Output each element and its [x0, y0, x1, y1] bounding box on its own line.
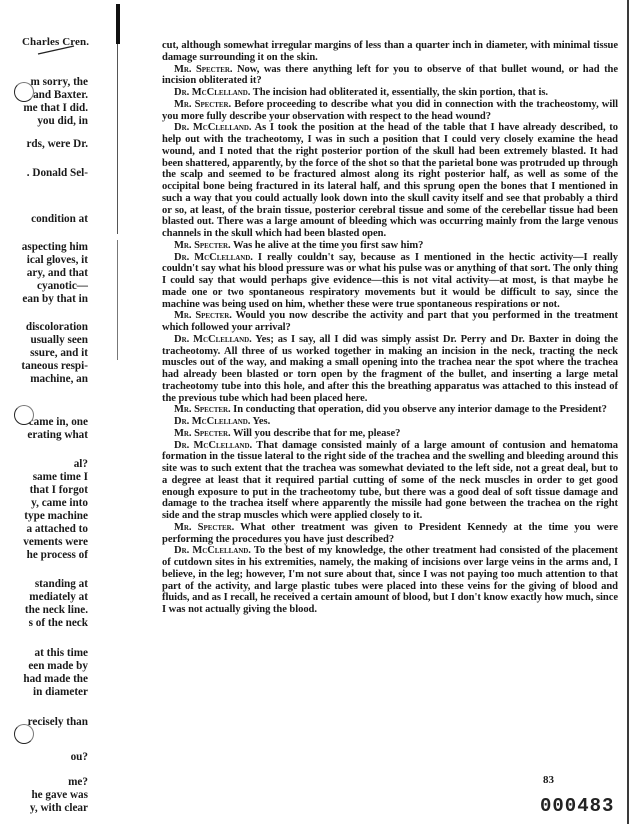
- testimony-paragraph: Dr. McClelland. The incision had obliter…: [162, 87, 618, 99]
- left-page-line: and Baxter.: [33, 89, 88, 101]
- testimony-body: cut, although somewhat irregular margins…: [162, 40, 618, 616]
- left-page-line: y, came into: [31, 497, 88, 509]
- testimony-paragraph: Mr. Specter. Will you describe that for …: [162, 428, 618, 440]
- left-page-line: m sorry, the: [31, 76, 88, 88]
- testimony-paragraph: Dr. McClelland. That damage consisted ma…: [162, 440, 618, 522]
- page-gutter-rule: [117, 44, 118, 234]
- left-page-line: usually seen: [30, 334, 88, 346]
- speaker-name: Dr. McClelland.: [174, 122, 251, 133]
- speaker-name: Mr. Specter.: [174, 428, 231, 439]
- left-page-line: ary, and that: [27, 267, 88, 279]
- left-page-line: y, with clear: [30, 802, 88, 814]
- testimony-paragraph: Dr. McClelland. Yes; as I say, all I did…: [162, 334, 618, 405]
- page-number: 83: [543, 774, 554, 786]
- testimony-paragraph: Dr. McClelland. Yes.: [162, 416, 618, 428]
- paragraph-text: Was he alive at the time you first saw h…: [231, 240, 424, 251]
- testimony-paragraph: Mr. Specter. Would you now describe the …: [162, 310, 618, 334]
- pen-scribble-mark: [36, 44, 76, 56]
- testimony-paragraph: cut, although somewhat irregular margins…: [162, 40, 618, 64]
- testimony-paragraph: Mr. Specter. Before proceeding to descri…: [162, 99, 618, 123]
- left-page-line: cyanotic—: [37, 280, 88, 292]
- testimony-paragraph: Dr. McClelland. I really couldn't say, b…: [162, 252, 618, 311]
- left-page-line: al?: [74, 458, 88, 470]
- left-page-line: discoloration: [26, 321, 88, 333]
- speaker-name: Mr. Specter.: [174, 99, 231, 110]
- left-page-line: ssure, and it: [30, 347, 88, 359]
- left-page-line: the neck line.: [25, 604, 88, 616]
- speaker-name: Mr. Specter.: [174, 522, 234, 533]
- paragraph-text: That damage consisted mainly of a large …: [162, 440, 618, 522]
- speaker-name: Dr. McClelland.: [174, 87, 250, 98]
- left-page-line: same time I: [33, 471, 88, 483]
- binding-edge-mark: [116, 4, 120, 44]
- left-page-line: aspecting him: [22, 241, 88, 253]
- left-page-line: at this time: [35, 647, 88, 659]
- left-page-line: machine, an: [30, 373, 88, 385]
- paragraph-text: Yes.: [250, 416, 270, 427]
- binder-hole-icon: [14, 724, 34, 744]
- left-page-line: came in, one: [29, 416, 88, 428]
- left-page-line: erating what: [27, 429, 88, 441]
- left-page-line: you did, in: [37, 115, 88, 127]
- left-page-line: had made the: [23, 673, 88, 685]
- left-page-line: recisely than: [28, 716, 88, 728]
- paragraph-text: Before proceeding to describe what you d…: [162, 99, 618, 122]
- speaker-name: Mr. Specter.: [174, 404, 231, 415]
- page-gutter-rule: [117, 240, 118, 360]
- left-page-line: ical gloves, it: [27, 254, 88, 266]
- speaker-name: Dr. McClelland.: [174, 252, 253, 263]
- left-page-line: vements were: [23, 536, 88, 548]
- left-page-line: mediately at: [29, 591, 88, 603]
- testimony-paragraph: Mr. Specter. In conducting that operatio…: [162, 404, 618, 416]
- paragraph-text: The incision had obliterated it, essenti…: [250, 87, 548, 98]
- testimony-paragraph: Dr. McClelland. To the best of my knowle…: [162, 545, 618, 616]
- left-page-line: ean by that in: [22, 293, 88, 305]
- speaker-name: Dr. McClelland.: [174, 334, 252, 345]
- testimony-paragraph: Mr. Specter. Now, was there anything lef…: [162, 64, 618, 88]
- binder-hole-icon: [14, 405, 34, 425]
- speaker-name: Mr. Specter.: [174, 310, 232, 321]
- speaker-name: Dr. McClelland.: [174, 416, 250, 427]
- page-right-edge: [627, 0, 629, 824]
- binder-hole-icon: [14, 82, 34, 102]
- left-page-line: me?: [68, 776, 88, 788]
- left-page-line: a attached to: [26, 523, 88, 535]
- left-page-line: me that I did.: [23, 102, 88, 114]
- left-page-line: condition at: [31, 213, 88, 225]
- speaker-name: Mr. Specter.: [174, 64, 232, 75]
- left-page-line: type machine: [24, 510, 88, 522]
- left-page-line: . Donald Sel-: [27, 167, 88, 179]
- left-page-line: in diameter: [33, 686, 88, 698]
- left-page-line: een made by: [28, 660, 88, 672]
- left-page-line: standing at: [35, 578, 88, 590]
- left-page-line: ou?: [71, 751, 88, 763]
- left-page-line: taneous respi-: [21, 360, 88, 372]
- left-page-line: s of the neck: [29, 617, 88, 629]
- testimony-paragraph: Dr. McClelland. As I took the position a…: [162, 122, 618, 240]
- testimony-paragraph: Mr. Specter. What other treatment was gi…: [162, 522, 618, 546]
- testimony-paragraph: Mr. Specter. Was he alive at the time yo…: [162, 240, 618, 252]
- paragraph-text: As I took the position at the head of th…: [162, 122, 618, 239]
- document-stamp-number: 000483: [540, 795, 614, 817]
- left-page-line: rds, were Dr.: [26, 138, 88, 150]
- speaker-name: Dr. McClelland.: [174, 440, 252, 451]
- paragraph-text: In conducting that operation, did you ob…: [231, 404, 607, 415]
- left-page-line: he process of: [27, 549, 88, 561]
- paragraph-text: cut, although somewhat irregular margins…: [162, 40, 618, 63]
- paragraph-text: Will you describe that for me, please?: [231, 428, 401, 439]
- speaker-name: Dr. McClelland.: [174, 545, 251, 556]
- speaker-name: Mr. Specter.: [174, 240, 231, 251]
- left-page-line: he gave was: [31, 789, 88, 801]
- adjacent-page-fragment: Charles Cren. m sorry, theand Baxter.me …: [0, 0, 116, 824]
- left-page-line: that I forgot: [30, 484, 88, 496]
